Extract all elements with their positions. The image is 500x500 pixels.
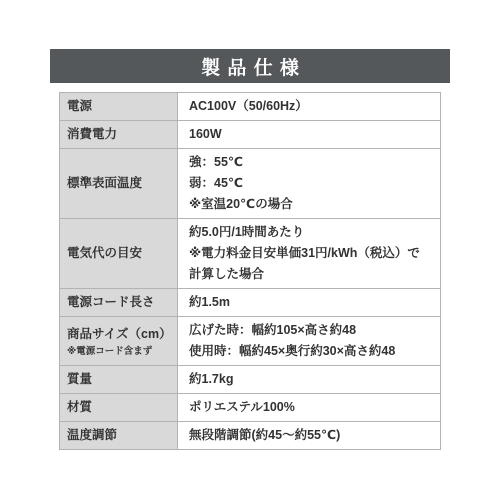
spec-label: 消費電力 — [67, 124, 172, 145]
spec-value: 約1.7kg — [178, 366, 440, 393]
spec-label: 電源コード長さ — [67, 292, 172, 313]
spec-title-banner: 製品仕様 — [50, 49, 450, 83]
spec-label: 質量 — [67, 369, 172, 390]
product-spec-page: 製品仕様 電源 AC100V（50/60Hz） 消費電力 160W 標準表面温度… — [0, 0, 500, 500]
spec-label: 電気代の目安 — [67, 243, 172, 264]
spec-label: 温度調節 — [67, 425, 172, 446]
table-row-surface-temperature: 標準表面温度 強：55℃ 弱：45℃ ※室温20℃の場合 — [60, 149, 440, 219]
table-row-cord-length: 電源コード長さ 約1.5m — [60, 289, 440, 317]
spec-label-cell: 質量 — [60, 366, 178, 393]
spec-label-cell: 商品サイズ（cm） ※電源コード含まず — [60, 317, 178, 365]
spec-value: 160W — [178, 121, 440, 148]
spec-label: 電源 — [67, 96, 172, 117]
spec-value: AC100V（50/60Hz） — [178, 93, 440, 120]
spec-value: 強：55℃ 弱：45℃ ※室温20℃の場合 — [178, 149, 440, 218]
spec-value: 約5.0円/1時間あたり ※電力料金目安単価31円/kWh（税込）で 計算した場… — [178, 219, 440, 288]
spec-label-cell: 標準表面温度 — [60, 149, 178, 218]
spec-label: 標準表面温度 — [67, 173, 172, 194]
spec-table: 電源 AC100V（50/60Hz） 消費電力 160W 標準表面温度 強：55… — [59, 92, 441, 450]
table-row-weight: 質量 約1.7kg — [60, 366, 440, 394]
spec-label-cell: 消費電力 — [60, 121, 178, 148]
table-row-power: 電源 AC100V（50/60Hz） — [60, 93, 440, 121]
spec-value: ポリエステル100% — [178, 394, 440, 421]
spec-value: 広げた時：幅約105×高さ約48 使用時：幅約45×奥行約30×高さ約48 — [178, 317, 440, 365]
table-row-electricity-cost: 電気代の目安 約5.0円/1時間あたり ※電力料金目安単価31円/kWh（税込）… — [60, 219, 440, 289]
spec-label-cell: 電気代の目安 — [60, 219, 178, 288]
spec-value: 約1.5m — [178, 289, 440, 316]
spec-label-cell: 材質 — [60, 394, 178, 421]
spec-sublabel: ※電源コード含まず — [67, 345, 172, 358]
page-title: 製品仕様 — [201, 53, 306, 80]
spec-value: 無段階調節(約45～約55℃) — [178, 422, 440, 449]
table-row-material: 材質 ポリエステル100% — [60, 394, 440, 422]
spec-label-cell: 電源コード長さ — [60, 289, 178, 316]
spec-label-cell: 温度調節 — [60, 422, 178, 449]
spec-label-cell: 電源 — [60, 93, 178, 120]
spec-label: 材質 — [67, 397, 172, 418]
spec-label: 商品サイズ（cm） — [67, 324, 172, 345]
table-row-temperature-control: 温度調節 無段階調節(約45～約55℃) — [60, 422, 440, 449]
table-row-product-size: 商品サイズ（cm） ※電源コード含まず 広げた時：幅約105×高さ約48 使用時… — [60, 317, 440, 366]
table-row-power-consumption: 消費電力 160W — [60, 121, 440, 149]
